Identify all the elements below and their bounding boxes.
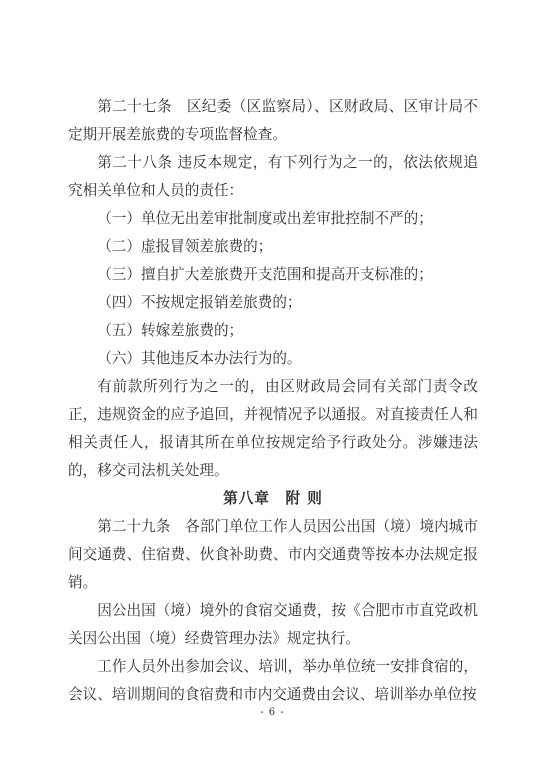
list-item: （一）单位无出差审批制度或出差审批控制不严的； <box>68 205 478 233</box>
document-body: 第二十七条 区纪委（区监察局）、区财政局、区审计局不定期开展差旅费的专项监督检查… <box>68 93 478 709</box>
page-number: - 6 - <box>0 706 545 720</box>
paragraph: 因公出国（境）境外的食宿交通费，按《合肥市市直党政机关因公出国（境）经费管理办法… <box>68 597 478 653</box>
list-item: （五）转嫁差旅费的； <box>68 317 478 345</box>
document-page: 第二十七条 区纪委（区监察局）、区财政局、区审计局不定期开展差旅费的专项监督检查… <box>0 0 545 771</box>
paragraph: 有前款所列行为之一的，由区财政局会同有关部门责令改正，违规资金的应予追回，并视情… <box>68 373 478 485</box>
paragraph: 工作人员外出参加会议、培训，举办单位统一安排食宿的，会议、培训期间的食宿费和市内… <box>68 653 478 709</box>
paragraph: 第二十九条 各部门单位工作人员因公出国（境）境内城市间交通费、住宿费、伙食补助费… <box>68 513 478 597</box>
paragraph: 第二十八条 违反本规定，有下列行为之一的，依法依规追究相关单位和人员的责任： <box>68 149 478 205</box>
list-item: （四）不按规定报销差旅费的； <box>68 289 478 317</box>
paragraph: 第二十七条 区纪委（区监察局）、区财政局、区审计局不定期开展差旅费的专项监督检查… <box>68 93 478 149</box>
chapter-heading: 第八章 附 则 <box>68 485 478 513</box>
list-item: （三）擅自扩大差旅费开支范围和提高开支标准的； <box>68 261 478 289</box>
list-item: （六）其他违反本办法行为的。 <box>68 345 478 373</box>
list-item: （二）虚报冒领差旅费的； <box>68 233 478 261</box>
